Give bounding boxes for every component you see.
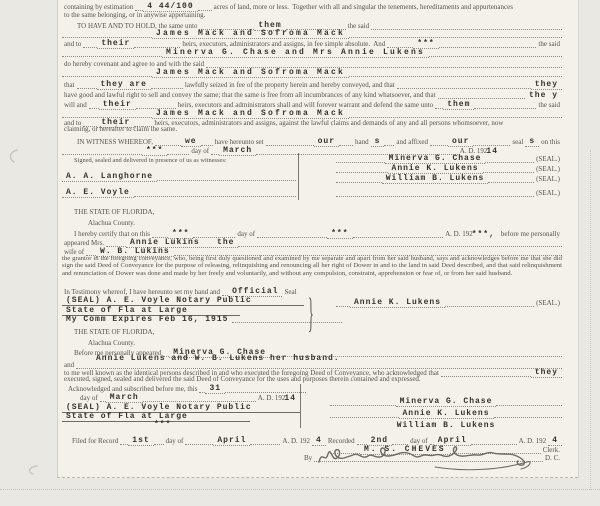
dotted-line (496, 405, 562, 406)
ack-signature-2: Annie K. Lukens (330, 409, 562, 419)
printed-text: on this (539, 138, 562, 147)
typed-signer-name: William B. Lukens (382, 174, 489, 184)
printed-text: day of (78, 394, 100, 403)
typed-entry: 1st (128, 436, 153, 446)
printed-text: THE STATE OF FLORIDA, (72, 208, 156, 217)
typed-signer-name: Minerva G. Chase (385, 154, 486, 164)
dotted-line (397, 88, 531, 89)
typed-signer-name: Annie K. Lukens (399, 409, 494, 419)
lawful-right-line: have good and lawful right to sell and c… (62, 91, 562, 100)
notary-stamp-line-1: (SEAL) A. E. Voyle Notary Public (62, 296, 304, 306)
seal-label: (SEAL.) (534, 165, 562, 174)
page-bottom-edge (57, 477, 578, 478)
dotted-line (211, 154, 219, 155)
dotted-line (77, 88, 97, 89)
printed-text: day of (164, 437, 186, 446)
dotted-line (429, 56, 562, 57)
typed-witness-name: A. A. Langhorne (62, 172, 157, 182)
typed-entry: they are (97, 80, 151, 90)
printed-text: executed, signed, sealed and delivered t… (62, 375, 423, 384)
dotted-line (250, 444, 280, 445)
state-heading-1: THE STATE OF FLORIDA, (72, 208, 158, 217)
dotted-line (167, 154, 189, 155)
dotted-line (485, 162, 534, 163)
dotted-line (330, 417, 399, 418)
seal-line-3: William B. Lukens (SEAL.) (336, 174, 562, 184)
dotted-line (151, 88, 183, 89)
typed-grantees: James Mack and Sofroma Mack (152, 68, 349, 78)
typed-entry: the y (525, 91, 562, 100)
printed-text: Alachua County. (86, 339, 137, 348)
typed-signer-name: William B. Lukens (393, 421, 500, 430)
witness-signature-2: A. E. Voyle (62, 188, 296, 198)
county-heading-1: Alachua County. (86, 219, 137, 228)
dotted-line (134, 196, 296, 197)
printed-text: Signed, sealed and delivered in presence… (72, 156, 229, 165)
seal-line-4: (SEAL.) (336, 189, 562, 198)
typed-month: March (106, 393, 143, 403)
seal-line-1: Minerva G. Chase (SEAL.) (336, 154, 562, 164)
margin-mark (24, 464, 40, 476)
typed-asterisks: *** (142, 146, 167, 156)
witness-signature-1: A. A. Langhorne (62, 172, 296, 182)
dotted-line (494, 417, 563, 418)
typed-signer-name: Annie K. Lukens (388, 164, 483, 174)
dotted-line (120, 444, 128, 445)
printed-text: have good and lawful right to sell and c… (62, 91, 438, 100)
dotted-line (154, 444, 164, 445)
dotted-line (330, 405, 396, 406)
typed-entry: they (531, 80, 562, 90)
dotted-line (157, 180, 296, 181)
seal-label: (SEAL.) (534, 175, 562, 184)
dotted-line (349, 37, 562, 38)
dotted-line (336, 196, 534, 197)
typed-grantees: James Mack and Sofroma Mack (152, 29, 349, 39)
acreage-line-2: to the same belonging, or in anywise app… (62, 11, 562, 20)
typed-year: 14 (280, 394, 300, 403)
notary-stamp-line-3: My Comm Expires Feb 16, 1915 (62, 315, 342, 324)
dotted-line (336, 306, 350, 307)
claim-line: claiming, or hereafter to claim the same… (62, 125, 562, 134)
dotted-line (143, 401, 256, 402)
dotted-line (336, 172, 388, 173)
covenant-names: James Mack and Sofroma Mack (62, 68, 562, 78)
typed-entry: March (219, 146, 256, 156)
printed-text: to the same belonging, or in anywise app… (62, 11, 207, 20)
printed-text: D. C. (543, 454, 562, 463)
grantor-name-line: Minerva G. Chase and Mrs Annie Lukens (62, 48, 562, 58)
dotted-line (232, 322, 342, 323)
dotted-line (62, 37, 152, 38)
dotted-line (483, 172, 535, 173)
executed-line: executed, signed, sealed and delivered t… (62, 375, 562, 384)
printed-text: THE STATE OF FLORIDA, (72, 328, 156, 337)
seal-label: (SEAL.) (534, 155, 562, 164)
seal-label: (SEAL.) (534, 299, 562, 308)
notary-stamp2-line-2: State of Fla at Large (62, 412, 300, 422)
dotted-line (445, 306, 534, 307)
seal-line-2: Annie K. Lukens (SEAL.) (336, 164, 562, 174)
typed-entry: April (213, 436, 250, 446)
scanned-deed-page: containing by estimation 4 44/100 acres … (0, 0, 600, 506)
typed-asterisks: *** (150, 420, 175, 429)
witness-divider-line (298, 153, 299, 200)
dotted-line (185, 444, 213, 445)
printed-text: lawfully seized in fee of the property h… (183, 81, 397, 90)
dotted-line (488, 182, 534, 183)
seized-line: that they are lawfully seized in fee of … (62, 80, 562, 90)
state-heading-2: THE STATE OF FLORIDA, (72, 328, 158, 337)
typed-signer-name: Annie K. Lukens (350, 298, 445, 308)
dotted-line (62, 56, 162, 57)
seal-label: (SEAL.) (534, 189, 562, 198)
witness-label: Signed, sealed and delivered in presence… (72, 156, 298, 165)
dotted-line (62, 76, 152, 77)
dotted-line (336, 182, 382, 183)
printed-text: that (62, 81, 77, 90)
handwritten-signature (315, 440, 545, 474)
dotted-line (62, 154, 142, 155)
typed-grantors: Minerva G. Chase and Mrs Annie Lukens (162, 48, 429, 58)
dower-signature-line: Annie K. Lukens (SEAL.) (336, 298, 562, 308)
ack-signature-3: William B. Lukens (330, 421, 562, 430)
county-heading-2: Alachua County. (86, 339, 137, 348)
printed-text: seal (510, 138, 525, 147)
typed-entry: s (525, 137, 539, 147)
typed-notary: (SEAL) A. E. Voyle Notary Public (62, 296, 304, 306)
typed-notary: My Comm Expires Feb 16, 1915 (62, 315, 232, 324)
dotted-line (349, 76, 562, 77)
scan-fold-line (0, 489, 600, 490)
typed-witness-name: A. E. Voyle (62, 188, 134, 198)
printed-text: Filed for Record (70, 437, 120, 446)
printed-text: Alachua County. (86, 219, 137, 228)
notary-bracket-line (300, 384, 301, 428)
ack-signature-1: Minerva G. Chase (330, 397, 562, 407)
printed-text: By (302, 454, 314, 463)
printed-text: A. D. 192 (280, 437, 312, 446)
dower-paragraph: the grantor in the foregoing conveyance,… (62, 255, 562, 277)
asterisks-mark: *** (150, 420, 175, 429)
typed-signer-name: Minerva G. Chase (396, 397, 497, 407)
right-margin-dots (590, 150, 591, 490)
printed-text: day of (189, 147, 211, 156)
printed-text: claiming, or hereafter to claim the same… (62, 125, 179, 134)
ack-date-line: day of March A. D. 192 14 (78, 393, 300, 403)
dotted-line (438, 98, 525, 99)
grantee-name-line: James Mack and Sofroma Mack (62, 29, 562, 39)
margin-mark (6, 148, 20, 164)
dotted-line (336, 162, 385, 163)
